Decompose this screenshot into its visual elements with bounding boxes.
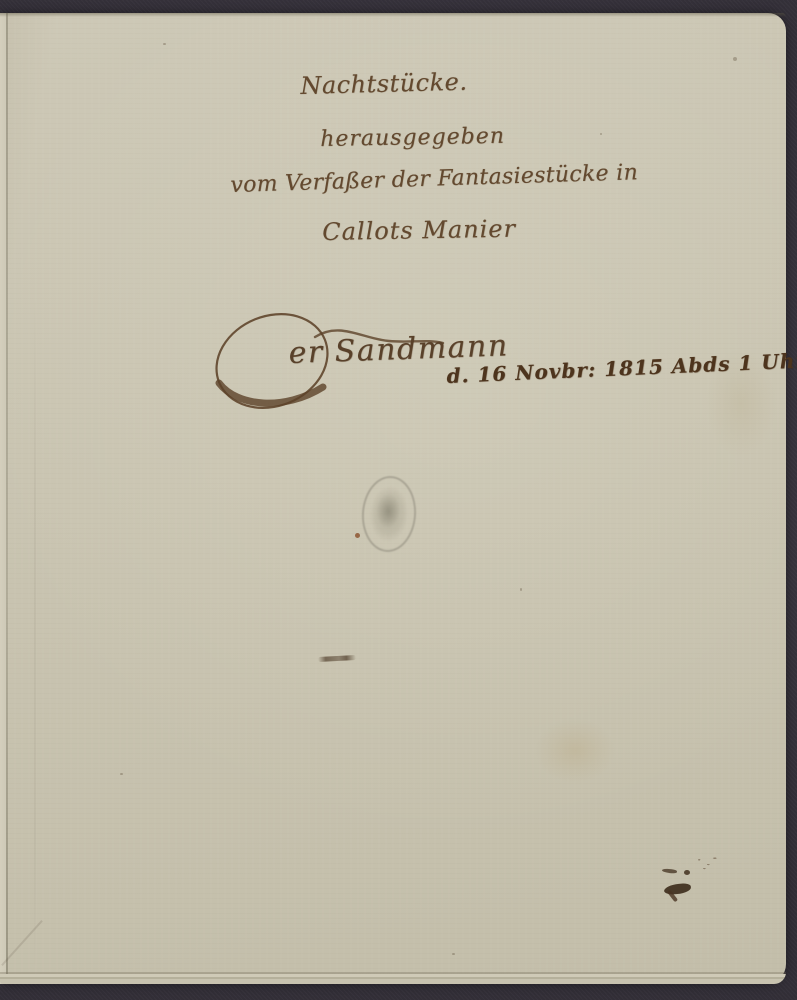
paper-stain [535,718,615,783]
series-title-line-1: Nachtstücke. [300,68,468,100]
series-title-line-4: Callots Manier [322,215,516,246]
ink-blot [662,868,677,874]
stamp-emblem [375,493,401,529]
series-title-line-3: vom Verfaßer der Fantasiestücke in [230,160,638,198]
manuscript-page: Nachtstücke. herausgegeben vom Verfaßer … [0,13,786,984]
ink-blot [684,870,690,875]
page-top-edge [0,13,786,17]
page-bottom-edge-sheets [0,972,786,984]
paper-speck [163,43,166,45]
ink-scratches [694,855,720,871]
manuscript-scan: Nachtstücke. herausgegeben vom Verfaßer … [0,0,797,1000]
paper-speck [120,773,123,775]
ink-smudge [318,655,356,662]
embossed-oval-stamp [359,474,418,554]
paper-speck [520,588,522,591]
paper-crease [34,293,36,973]
series-title-line-2: herausgegeben [320,124,505,152]
paper-speck [600,133,602,135]
paper-speck [452,953,455,955]
ink-speck [355,533,360,538]
page-left-edge [6,13,8,984]
paper-speck [733,57,737,61]
